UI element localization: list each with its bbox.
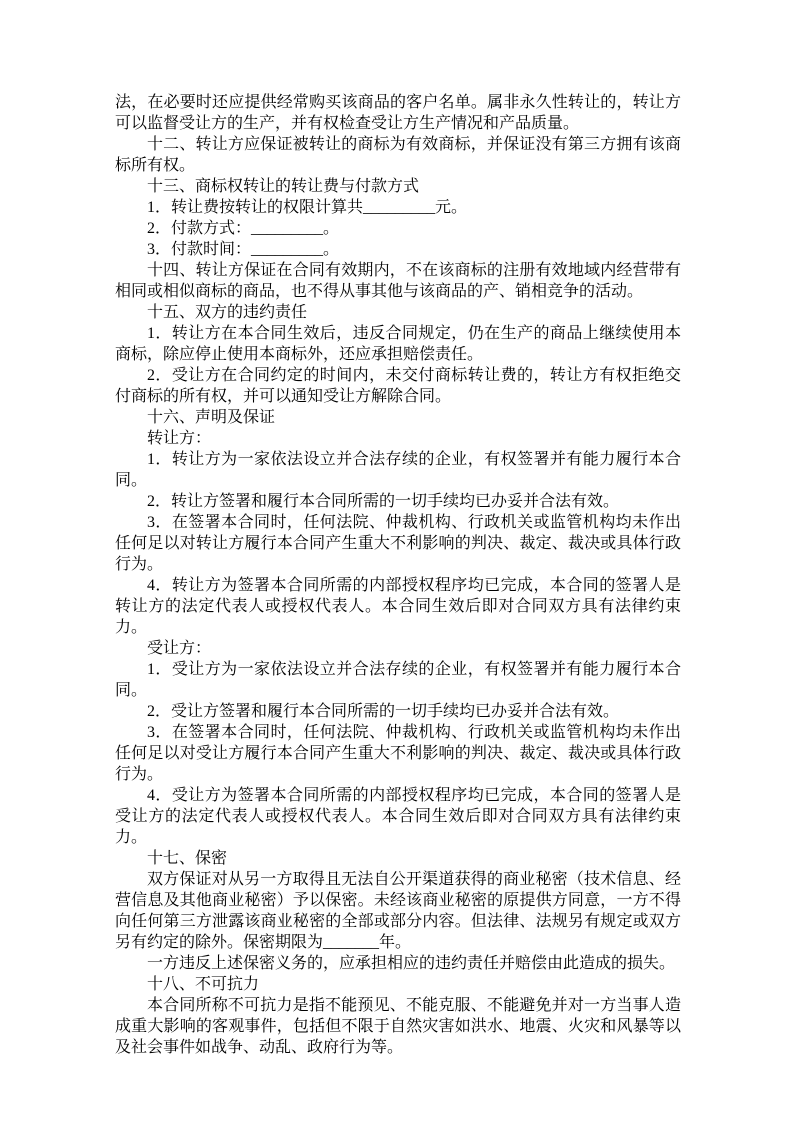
paragraph-item: 本合同所称不可抗力是指不能预见、不能克服、不能避免并对一方当事人造成重大影响的客…	[115, 995, 681, 1058]
paragraph-continuation: 法，在必要时还应提供经常购买该商品的客户名单。属非永久性转让的，转让方可以监督受…	[115, 92, 681, 134]
paragraph-item: 双方保证对从另一方取得且无法自公开渠道获得的商业秘密（技术信息、经营信息及其他商…	[115, 869, 681, 953]
paragraph-item: 1．转让方为一家依法设立并合法存续的企业，有权签署并有能力履行本合同。	[115, 449, 681, 491]
paragraph-clause-12: 十二、转让方应保证被转让的商标为有效商标，并保证没有第三方拥有该商标所有权。	[115, 134, 681, 176]
paragraph-item: 1．转让费按转让的权限计算共_________元。	[115, 197, 681, 218]
paragraph-transferee-label: 受让方：	[115, 638, 681, 659]
paragraph-item: 2．付款方式：_________。	[115, 218, 681, 239]
paragraph-item: 4．转让方为签署本合同所需的内部授权程序均已完成，本合同的签署人是转让方的法定代…	[115, 575, 681, 638]
paragraph-transferor-label: 转让方：	[115, 428, 681, 449]
paragraph-item: 2．受让方签署和履行本合同所需的一切手续均已办妥并合法有效。	[115, 701, 681, 722]
document-page: 法，在必要时还应提供经常购买该商品的客户名单。属非永久性转让的，转让方可以监督受…	[0, 0, 794, 1123]
paragraph-clause-15: 十五、双方的违约责任	[115, 302, 681, 323]
paragraph-item: 3．在签署本合同时，任何法院、仲裁机构、行政机关或监管机构均未作出任何足以对转让…	[115, 512, 681, 575]
paragraph-item: 3．在签署本合同时，任何法院、仲裁机构、行政机关或监管机构均未作出任何足以对受让…	[115, 722, 681, 785]
paragraph-clause-16: 十六、声明及保证	[115, 407, 681, 428]
paragraph-item: 4．受让方为签署本合同所需的内部授权程序均已完成，本合同的签署人是受让方的法定代…	[115, 785, 681, 848]
paragraph-item: 3．付款时间：_________。	[115, 239, 681, 260]
paragraph-clause-17: 十七、保密	[115, 848, 681, 869]
paragraph-clause-13: 十三、商标权转让的转让费与付款方式	[115, 176, 681, 197]
paragraph-item: 2．受让方在合同约定的时间内，未交付商标转让费的，转让方有权拒绝交付商标的所有权…	[115, 365, 681, 407]
paragraph-item: 一方违反上述保密义务的，应承担相应的违约责任并赔偿由此造成的损失。	[115, 953, 681, 974]
paragraph-item: 1．转让方在本合同生效后，违反合同规定，仍在生产的商品上继续使用本商标，除应停止…	[115, 323, 681, 365]
paragraph-item: 2．转让方签署和履行本合同所需的一切手续均已办妥并合法有效。	[115, 491, 681, 512]
document-body: 法，在必要时还应提供经常购买该商品的客户名单。属非永久性转让的，转让方可以监督受…	[115, 92, 681, 1058]
paragraph-clause-14: 十四、转让方保证在合同有效期内，不在该商标的注册有效地域内经营带有相同或相似商标…	[115, 260, 681, 302]
paragraph-clause-18: 十八、不可抗力	[115, 974, 681, 995]
paragraph-item: 1．受让方为一家依法设立并合法存续的企业，有权签署并有能力履行本合同。	[115, 659, 681, 701]
